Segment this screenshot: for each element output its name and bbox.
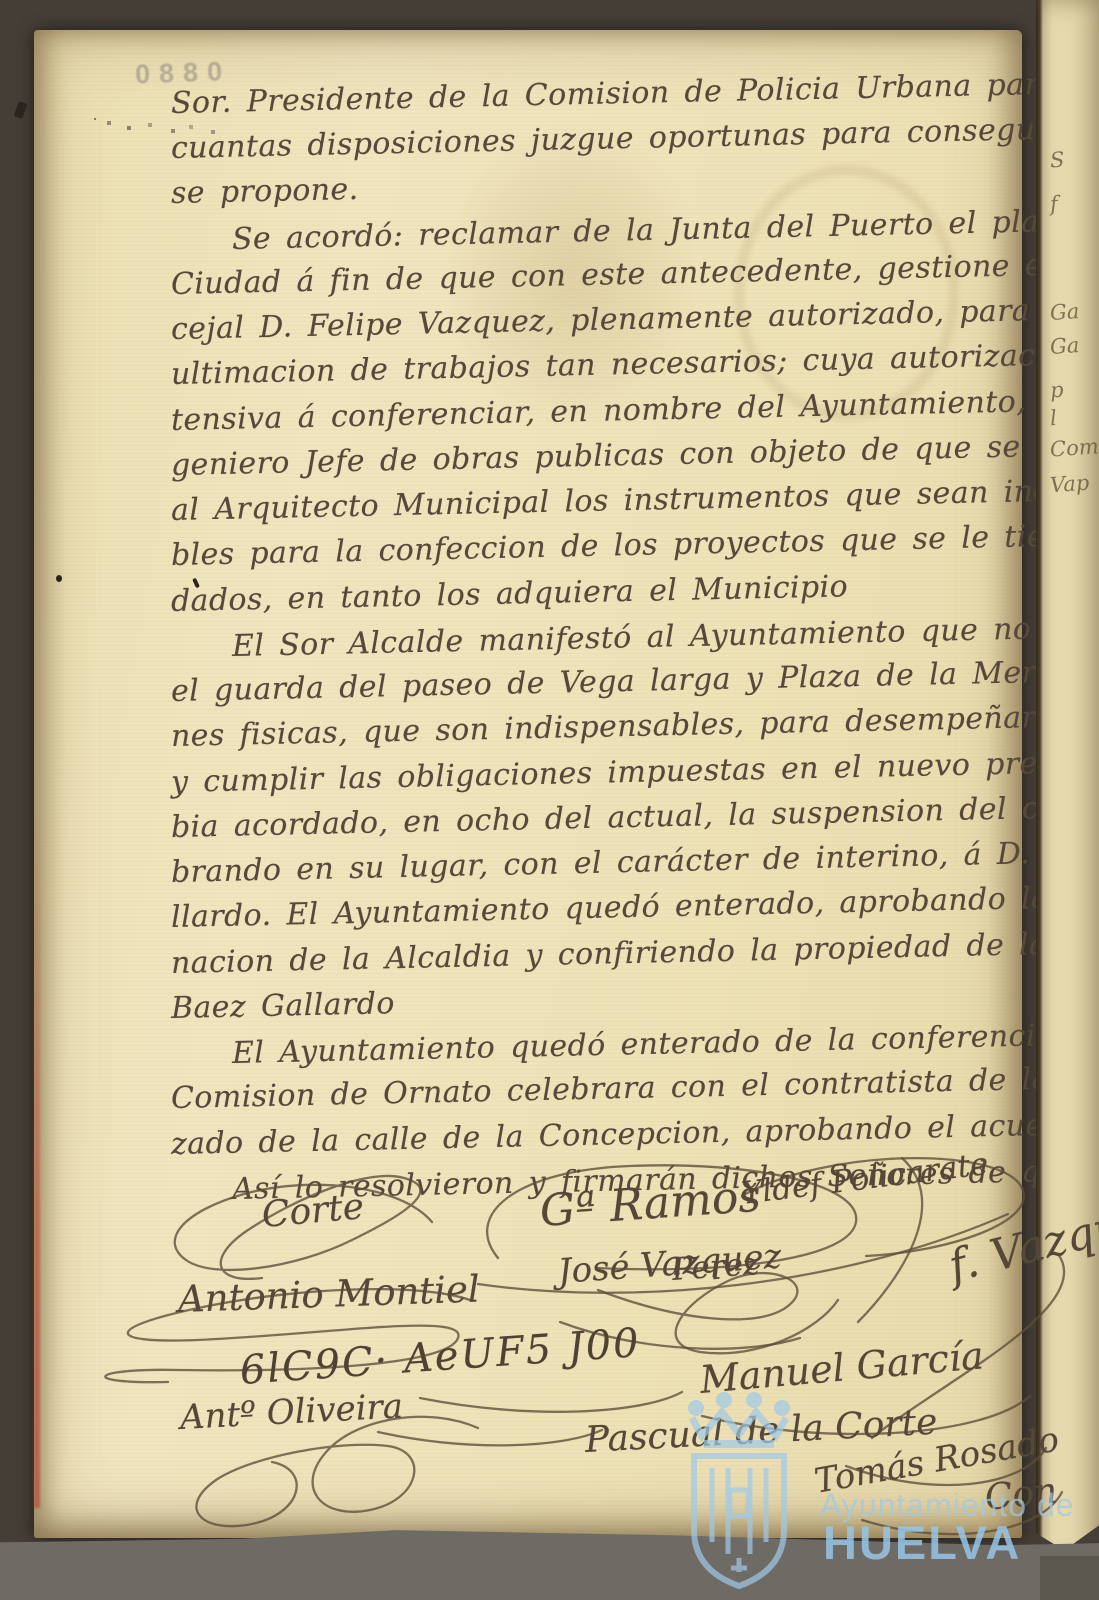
manuscript-line: se propone. [171, 172, 359, 211]
ink-specks [94, 118, 96, 120]
facing-page-edge: S f Ga Ga p l Com Vap [1036, 0, 1099, 1566]
edge-text-fragment: p [1049, 378, 1064, 403]
edge-text-fragment: f [1049, 192, 1058, 216]
manuscript-line: nacion de la Alcaldia y confiriendo la p… [171, 924, 1099, 981]
edge-text-fragment: S [1049, 148, 1065, 173]
manuscript-line: El Sor Alcalde manifestó al Ayuntamiento… [232, 608, 1099, 664]
edge-text-fragment: Ga [1049, 299, 1080, 325]
manuscript-line: Sor. Presidente de la Comision de Polici… [171, 64, 1099, 121]
manuscript-line: dados, en tanto los adquiera el Municipi… [171, 569, 849, 619]
scan-background-corner [1040, 1556, 1099, 1600]
edge-text-fragment: Vap [1049, 471, 1090, 498]
edge-text-fragment: Ga [1049, 333, 1080, 359]
edge-text-fragment: l [1049, 406, 1057, 430]
manuscript-page: 0880 Sor. Presidente de la Comision de P… [34, 30, 1022, 1538]
manuscript-line: Baez Gallardo [171, 986, 395, 1026]
manuscript-line: Así lo resolvieron y firmarán dichos Señ… [232, 1150, 1099, 1207]
bleedthrough-round-stamp [734, 165, 959, 420]
edge-text-fragment: Com [1049, 434, 1099, 461]
edge-ink-mark [14, 101, 28, 119]
scan-background-band [0, 1528, 1099, 1600]
red-page-edge [34, 814, 40, 1508]
edge-ink-dot [56, 575, 62, 582]
archive-scan: { "manuscript": { "lines": [ "Sor. Presi… [0, 0, 1099, 1600]
